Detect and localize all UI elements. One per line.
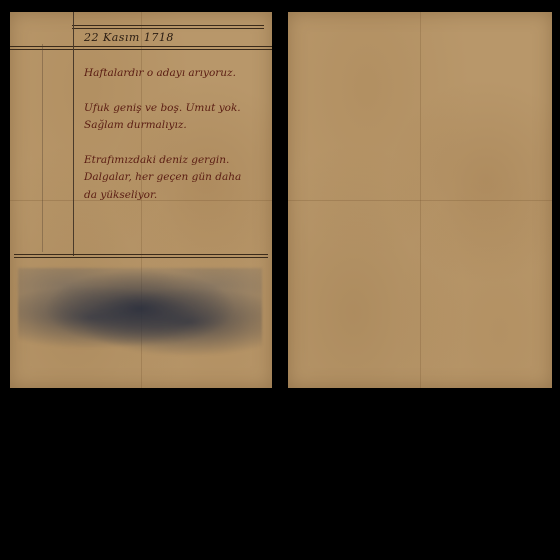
journal-line: Dalgalar, her geçen gün daha xyxy=(84,171,241,183)
journal-page-right xyxy=(288,12,552,388)
margin-line xyxy=(73,12,74,256)
journal-line: da yükseliyor. xyxy=(84,189,157,201)
journal-line: Ufuk geniş ve boş. Umut yok. xyxy=(84,102,241,114)
header-rule-bottom xyxy=(10,46,272,50)
journal-line: Sağlam durmalıyız. xyxy=(84,119,187,131)
illustration-rule xyxy=(14,254,268,258)
journal-page-left: 22 Kasım 1718 Haftalardır o adayı arıyor… xyxy=(10,12,272,388)
journal-line: Haftalardır o adayı arıyoruz. xyxy=(84,67,236,79)
header-rule-top xyxy=(72,25,264,29)
journal-date: 22 Kasım 1718 xyxy=(84,31,174,44)
fold-crease-horizontal xyxy=(288,200,552,201)
faint-column-line xyxy=(42,44,43,252)
stormy-sea-illustration xyxy=(18,268,262,358)
journal-line: Etrafımızdaki deniz gergin. xyxy=(84,154,229,166)
